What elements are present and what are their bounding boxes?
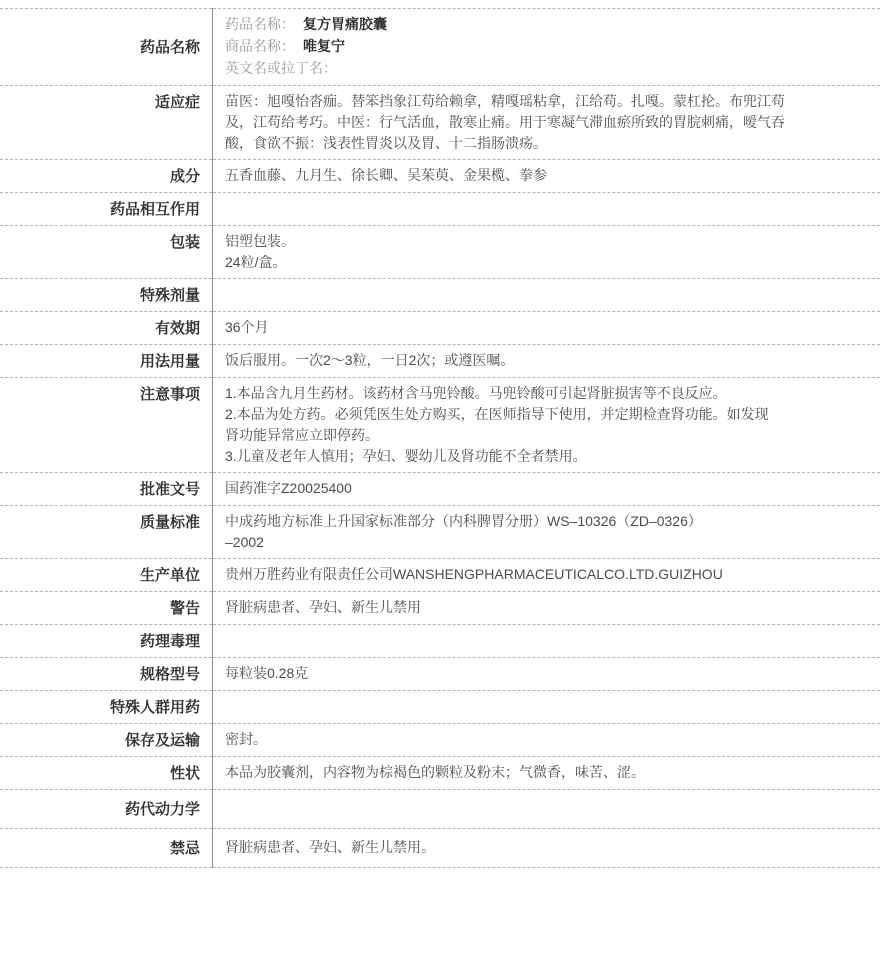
row-content-drug-interactions	[213, 193, 880, 226]
row-content-precautions: 1.本品含九月生药材。该药材含马兜铃酸。马兜铃酸可引起肾脏损害等不良反应。 2.…	[213, 378, 880, 473]
field-key: 商品名称：	[225, 38, 295, 54]
content-line: 肾功能异常应立即停药。	[225, 425, 870, 446]
content-line: –2002	[225, 532, 870, 553]
content-line: 饭后服用。一次2～3粒，一日2次；或遵医嘱。	[225, 350, 870, 371]
table-row-contraindications: 禁忌 肾脏病患者、孕妇、新生儿禁用。	[0, 829, 880, 868]
content-line: 国药准字Z20025400	[225, 478, 870, 499]
row-content-special-dosage	[213, 279, 880, 312]
row-label-precautions: 注意事项	[0, 378, 213, 473]
table-row-special-dosage: 特殊剂量	[0, 279, 880, 312]
row-label-contraindications: 禁忌	[0, 829, 213, 868]
table-row-pharmacokinetics: 药代动力学	[0, 790, 880, 829]
row-label-special-dosage: 特殊剂量	[0, 279, 213, 312]
row-content-drug-name: 药品名称：复方胃痛胶囊 商品名称：唯复宁 英文名或拉丁名：	[213, 9, 880, 86]
content-line: 肾脏病患者、孕妇、新生儿禁用。	[225, 837, 870, 858]
row-label-description: 性状	[0, 757, 213, 790]
table-row-ingredients: 成分 五香血藤、九月生、徐长卿、吴茱萸、金果榄、拳参	[0, 160, 880, 193]
row-content-warning: 肾脏病患者、孕妇、新生儿禁用	[213, 592, 880, 625]
row-label-pharmacokinetics: 药代动力学	[0, 790, 213, 829]
row-label-specification: 规格型号	[0, 658, 213, 691]
field-line: 英文名或拉丁名：	[225, 58, 870, 80]
content-line: 五香血藤、九月生、徐长卿、吴茱萸、金果榄、拳参	[225, 165, 870, 186]
row-label-drug-name: 药品名称	[0, 9, 213, 86]
content-line: 肾脏病患者、孕妇、新生儿禁用	[225, 597, 870, 618]
row-content-description: 本品为胶囊剂，内容物为棕褐色的颗粒及粉末；气微香，味苦、涩。	[213, 757, 880, 790]
row-content-specification: 每粒装0.28克	[213, 658, 880, 691]
content-line: 3.儿童及老年人慎用；孕妇、婴幼儿及肾功能不全者禁用。	[225, 446, 870, 467]
table-row-packaging: 包装 铝塑包装。 24粒/盒。	[0, 226, 880, 279]
row-label-indications: 适应症	[0, 86, 213, 160]
row-content-quality-standard: 中成药地方标准上升国家标准部分（内科脾胃分册）WS–10326（ZD–0326）…	[213, 506, 880, 559]
table-row-storage-transport: 保存及运输 密封。	[0, 724, 880, 757]
table-row-description: 性状 本品为胶囊剂，内容物为棕褐色的颗粒及粉末；气微香，味苦、涩。	[0, 757, 880, 790]
field-key: 英文名或拉丁名：	[225, 60, 337, 76]
content-line: 每粒装0.28克	[225, 663, 870, 684]
row-label-ingredients: 成分	[0, 160, 213, 193]
content-line: 36个月	[225, 317, 870, 338]
drug-info-page: 药品名称 药品名称：复方胃痛胶囊 商品名称：唯复宁 英文名或拉丁名： 适应症 苗…	[0, 0, 880, 960]
row-content-ingredients: 五香血藤、九月生、徐长卿、吴茱萸、金果榄、拳参	[213, 160, 880, 193]
table-row-shelf-life: 有效期 36个月	[0, 312, 880, 345]
row-label-storage-transport: 保存及运输	[0, 724, 213, 757]
field-line: 商品名称：唯复宁	[225, 36, 870, 58]
table-row-precautions: 注意事项 1.本品含九月生药材。该药材含马兜铃酸。马兜铃酸可引起肾脏损害等不良反…	[0, 378, 880, 473]
row-label-shelf-life: 有效期	[0, 312, 213, 345]
row-content-dosage-usage: 饭后服用。一次2～3粒，一日2次；或遵医嘱。	[213, 345, 880, 378]
drug-info-table: 药品名称 药品名称：复方胃痛胶囊 商品名称：唯复宁 英文名或拉丁名： 适应症 苗…	[0, 8, 880, 868]
row-label-manufacturer: 生产单位	[0, 559, 213, 592]
table-row-pharmacology-toxicology: 药理毒理	[0, 625, 880, 658]
row-label-dosage-usage: 用法用量	[0, 345, 213, 378]
table-row-drug-interactions: 药品相互作用	[0, 193, 880, 226]
row-content-pharmacokinetics	[213, 790, 880, 829]
table-row-indications: 适应症 苗医：旭嘎怡沓痂。替笨挡象江苟给赖拿，精嘎瑶粘拿，江给苟。扎嘎。蒙杠抡。…	[0, 86, 880, 160]
row-content-indications: 苗医：旭嘎怡沓痂。替笨挡象江苟给赖拿，精嘎瑶粘拿，江给苟。扎嘎。蒙杠抡。布兜江苟…	[213, 86, 880, 160]
table-row-approval-number: 批准文号 国药准字Z20025400	[0, 473, 880, 506]
table-row-warning: 警告 肾脏病患者、孕妇、新生儿禁用	[0, 592, 880, 625]
table-row-specification: 规格型号 每粒装0.28克	[0, 658, 880, 691]
content-line: 中成药地方标准上升国家标准部分（内科脾胃分册）WS–10326（ZD–0326）	[225, 511, 870, 532]
row-content-storage-transport: 密封。	[213, 724, 880, 757]
content-line: 贵州万胜药业有限责任公司WANSHENGPHARMACEUTICALCO.LTD…	[225, 564, 870, 585]
row-label-special-populations: 特殊人群用药	[0, 691, 213, 724]
content-line: 及，江苟给考巧。中医：行气活血，散寒止痛。用于寒凝气滞血瘀所致的胃脘刺痛，嗳气吞	[225, 112, 870, 133]
row-label-packaging: 包装	[0, 226, 213, 279]
row-content-shelf-life: 36个月	[213, 312, 880, 345]
row-label-warning: 警告	[0, 592, 213, 625]
table-row-manufacturer: 生产单位 贵州万胜药业有限责任公司WANSHENGPHARMACEUTICALC…	[0, 559, 880, 592]
field-line: 药品名称：复方胃痛胶囊	[225, 14, 870, 36]
table-row-dosage-usage: 用法用量 饭后服用。一次2～3粒，一日2次；或遵医嘱。	[0, 345, 880, 378]
content-line: 本品为胶囊剂，内容物为棕褐色的颗粒及粉末；气微香，味苦、涩。	[225, 762, 870, 783]
content-line: 密封。	[225, 729, 870, 750]
row-content-approval-number: 国药准字Z20025400	[213, 473, 880, 506]
row-content-pharmacology-toxicology	[213, 625, 880, 658]
row-content-contraindications: 肾脏病患者、孕妇、新生儿禁用。	[213, 829, 880, 868]
content-line: 2.本品为处方药。必须凭医生处方购买，在医师指导下使用，并定期检查肾功能。如发现	[225, 404, 870, 425]
field-value: 复方胃痛胶囊	[303, 16, 387, 32]
row-content-manufacturer: 贵州万胜药业有限责任公司WANSHENGPHARMACEUTICALCO.LTD…	[213, 559, 880, 592]
table-row-drug-name: 药品名称 药品名称：复方胃痛胶囊 商品名称：唯复宁 英文名或拉丁名：	[0, 9, 880, 86]
row-label-drug-interactions: 药品相互作用	[0, 193, 213, 226]
table-row-quality-standard: 质量标准 中成药地方标准上升国家标准部分（内科脾胃分册）WS–10326（ZD–…	[0, 506, 880, 559]
row-content-special-populations	[213, 691, 880, 724]
field-key: 药品名称：	[225, 16, 295, 32]
content-line: 苗医：旭嘎怡沓痂。替笨挡象江苟给赖拿，精嘎瑶粘拿，江给苟。扎嘎。蒙杠抡。布兜江苟	[225, 91, 870, 112]
content-line: 酸，食欲不振：浅表性胃炎以及胃、十二指肠溃疡。	[225, 133, 870, 154]
row-label-quality-standard: 质量标准	[0, 506, 213, 559]
content-line: 24粒/盒。	[225, 252, 870, 273]
table-row-special-populations: 特殊人群用药	[0, 691, 880, 724]
content-line: 铝塑包装。	[225, 231, 870, 252]
content-line: 1.本品含九月生药材。该药材含马兜铃酸。马兜铃酸可引起肾脏损害等不良反应。	[225, 383, 870, 404]
field-value: 唯复宁	[303, 38, 345, 54]
row-label-pharmacology-toxicology: 药理毒理	[0, 625, 213, 658]
row-label-approval-number: 批准文号	[0, 473, 213, 506]
row-content-packaging: 铝塑包装。 24粒/盒。	[213, 226, 880, 279]
